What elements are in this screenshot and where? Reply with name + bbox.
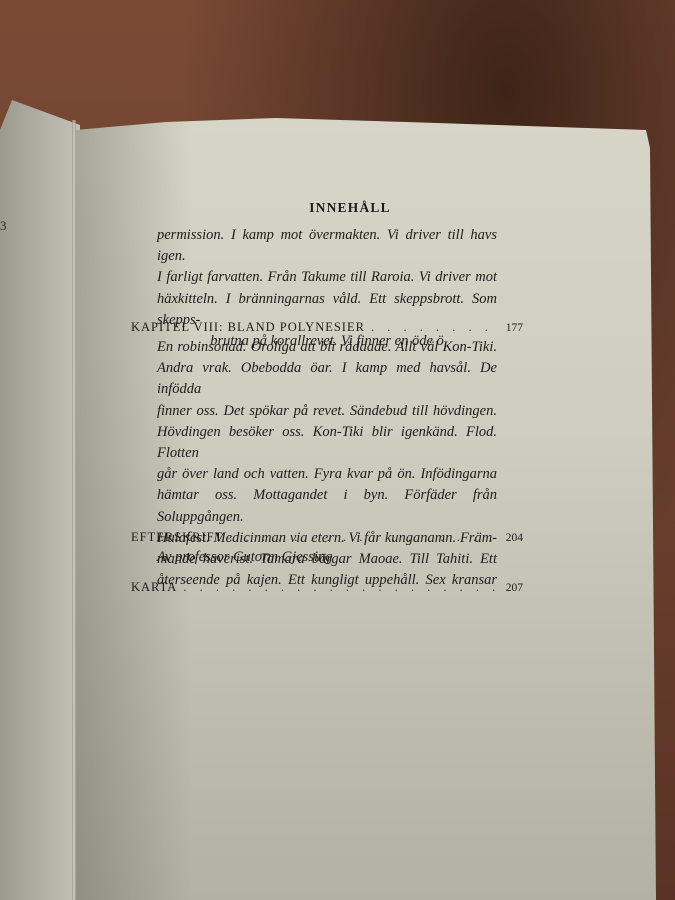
page-number: 204 [506,532,523,544]
page-number: 207 [506,582,523,594]
leader-dots: . . . . . . . . . . . . . . . . . . . . … [371,320,500,335]
text-line: Hövdingen besöker oss. Kon-Tiki blir ige… [157,422,497,464]
text-line: finner oss. Det spökar på revet. Sändebu… [157,401,497,422]
page-number: 177 [506,322,523,334]
entry-title: KAPITEL VIII: BLAND POLYNESIER [131,320,365,335]
text-line: Andra vrak. Obebodda öar. I kamp med hav… [157,358,497,400]
toc-entry-karta[interactable]: KARTA . . . . . . . . . . . . . . . . . … [131,580,523,595]
text-line: hämtar oss. Mottagandet i byn. Förfäder … [157,485,497,527]
leader-dots: . . . . . . . . . . . . . . . . . . . . … [183,580,499,595]
entry-subtitle: Av professor Gutorm Gjessing [157,549,332,566]
text-line: permission. I kamp mot övermakten. Vi dr… [157,225,497,267]
text-line: I farligt farvatten. Från Takume till Ra… [157,267,497,288]
table-of-contents: INNEHÅLL permission. I kamp mot övermakt… [0,0,675,900]
entry-title: EFTERSKRIFT [131,530,223,545]
toc-entry-efterskrift[interactable]: EFTERSKRIFT . . . . . . . . . . . . . . … [131,530,523,545]
text-line: En robinsonad. Oroliga att bli räddade. … [157,337,497,358]
leader-dots: . . . . . . . . . . . . . . . . . . . . … [229,530,499,545]
page-title: INNEHÅLL [120,200,580,216]
toc-entry-kapitel-viii[interactable]: KAPITEL VIII: BLAND POLYNESIER . . . . .… [131,320,523,335]
entry-title: KARTA [131,580,177,595]
text-line: går över land och vatten. Fyra kvar på ö… [157,464,497,485]
